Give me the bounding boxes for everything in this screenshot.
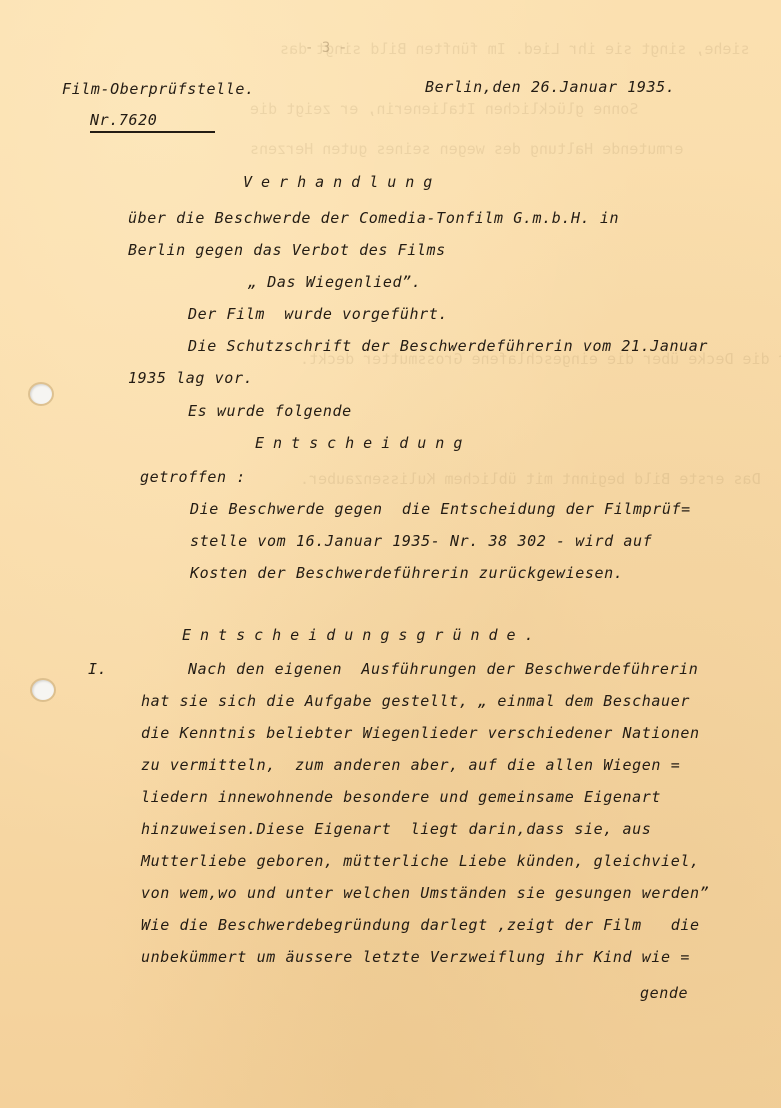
film-title: „ Das Wiegenlied”. xyxy=(248,273,421,291)
document-page: siehe, singt sie ihr Lied. Im fünften Bi… xyxy=(0,0,781,1108)
proceedings-line: 1935 lag vor. xyxy=(128,369,253,387)
reasons-line: Nach den eigenen Ausführungen der Beschw… xyxy=(188,660,698,678)
place-and-date: Berlin,den 26.Januar 1935. xyxy=(425,78,675,96)
issuing-authority: Film-Oberprüfstelle. xyxy=(62,80,255,98)
proceedings-line: Es wurde folgende xyxy=(188,402,352,420)
decision-line: Die Beschwerde gegen die Entscheidung de… xyxy=(190,500,691,518)
punch-hole xyxy=(30,384,52,404)
decision-heading: Entscheidung xyxy=(255,434,471,452)
reasons-line: liedern innewohnende besondere und gemei… xyxy=(141,788,661,806)
decision-line: stelle vom 16.Januar 1935- Nr. 38 302 - … xyxy=(190,532,652,550)
proceedings-line: Die Schutzschrift der Beschwerdeführerin… xyxy=(188,337,708,355)
reasons-heading: Entscheidungsgründe. xyxy=(182,626,543,644)
proceedings-line: Der Film wurde vorgeführt. xyxy=(188,305,448,323)
file-number-underline xyxy=(157,111,215,133)
reasons-line: Wie die Beschwerdebegründung darlegt ,ze… xyxy=(141,916,700,934)
subject-line: Berlin gegen das Verbot des Films xyxy=(128,241,446,259)
section-numeral: I. xyxy=(88,660,107,678)
bleed-through-text: Sonne glücklichen Italienerin, er zeigt … xyxy=(250,100,638,118)
decision-line: Kosten der Beschwerdeführerin zurückgewi… xyxy=(190,564,623,582)
reasons-line: hinzuweisen.Diese Eigenart liegt darin,d… xyxy=(141,820,651,838)
decision-intro: getroffen : xyxy=(140,468,246,486)
bleed-through-text: siehe, singt sie ihr Lied. Im fünften Bi… xyxy=(280,40,750,58)
reasons-line: zu vermitteln, zum anderen aber, auf die… xyxy=(141,756,680,774)
reasons-line: von wem,wo und unter welchen Umständen s… xyxy=(141,884,709,902)
faint-page-marker: - 3 - xyxy=(305,40,347,56)
reasons-line: hat sie sich die Aufgabe gestellt, „ ein… xyxy=(141,692,690,710)
reasons-line: die Kenntnis beliebter Wiegenlieder vers… xyxy=(141,724,700,742)
bleed-through-text: ermutende Haltung des wegen seines guten… xyxy=(250,140,683,158)
reasons-line: unbekümmert um äussere letzte Verzweiflu… xyxy=(141,948,690,966)
file-number-text: Nr.7620 xyxy=(90,111,157,133)
punch-hole xyxy=(32,680,54,700)
continuation-catchword: gende xyxy=(640,984,688,1002)
file-number: Nr.7620 xyxy=(90,111,215,129)
bleed-through-text: Das erste Bild beginnt mit üblichem Kuli… xyxy=(300,470,761,488)
document-title: Verhandlung xyxy=(243,173,441,191)
subject-line: über die Beschwerde der Comedia-Tonfilm … xyxy=(128,209,619,227)
reasons-line: Mutterliebe geboren, mütterliche Liebe k… xyxy=(141,852,700,870)
